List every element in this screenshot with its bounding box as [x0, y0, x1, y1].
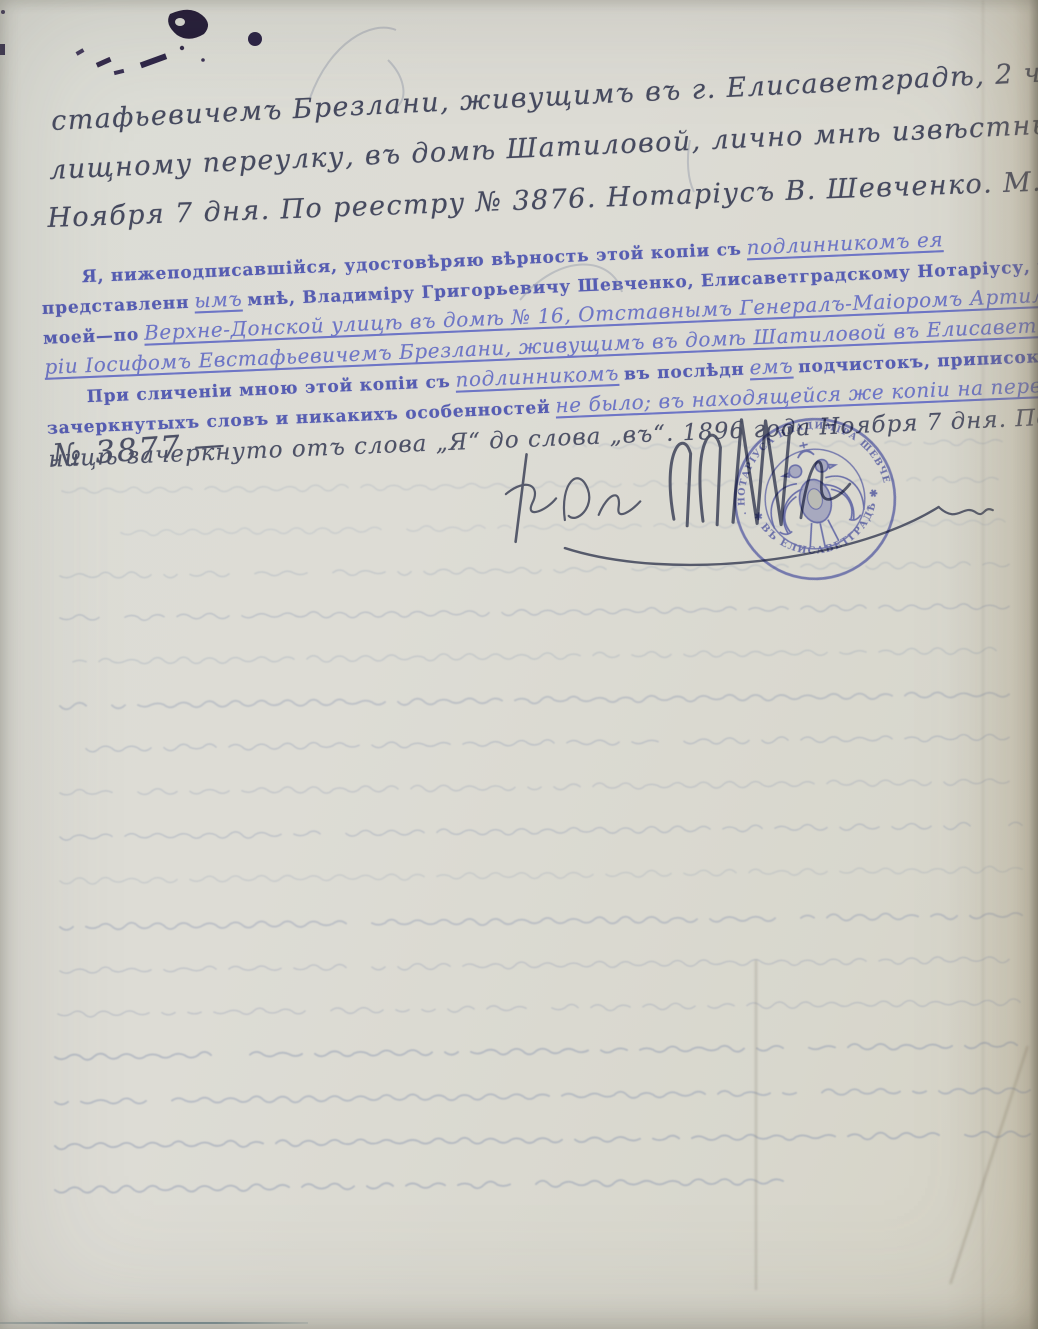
document-page: стафьевичемъ Брезлани, живущимъ въ г. Ел… [0, 0, 1038, 1329]
bleedthrough-line [55, 1088, 1030, 1104]
fold-crease [755, 960, 757, 1290]
printed-text: моей—по [43, 325, 140, 349]
handwritten-fill: ымъ [194, 287, 243, 313]
bleedthrough-line [60, 779, 1009, 795]
bleedthrough-line [60, 913, 1022, 930]
bleedthrough-line [60, 957, 1022, 973]
bleedthrough-line [86, 734, 1009, 751]
bleed-ruled-line [0, 1322, 308, 1324]
bleedthrough-line [55, 1042, 1017, 1060]
ink-blot [0, 10, 262, 75]
bleedthrough-line [60, 866, 1022, 884]
bleedthrough-line [60, 692, 1009, 709]
bleedthrough-line [55, 1131, 1030, 1149]
bleedthrough-line [60, 822, 1022, 840]
bleedthrough-line [73, 647, 1009, 663]
fold-crease [949, 1046, 1028, 1284]
printed-text: въ послѣдн [624, 360, 745, 385]
bleedthrough-line [55, 1179, 783, 1193]
handwritten-fill: подлинникомъ [455, 361, 619, 392]
handwritten-fill: емъ [749, 354, 794, 380]
printed-text: представленн [42, 293, 190, 319]
bleedthrough-line [60, 604, 1009, 620]
notary-seal-stamp: ПЕЧ. НОТАРІУСА ВЛАДИМІРА ШЕВЧЕНКО ✱ ВЪ Е… [717, 401, 914, 598]
bleedthrough-line [58, 999, 1020, 1017]
